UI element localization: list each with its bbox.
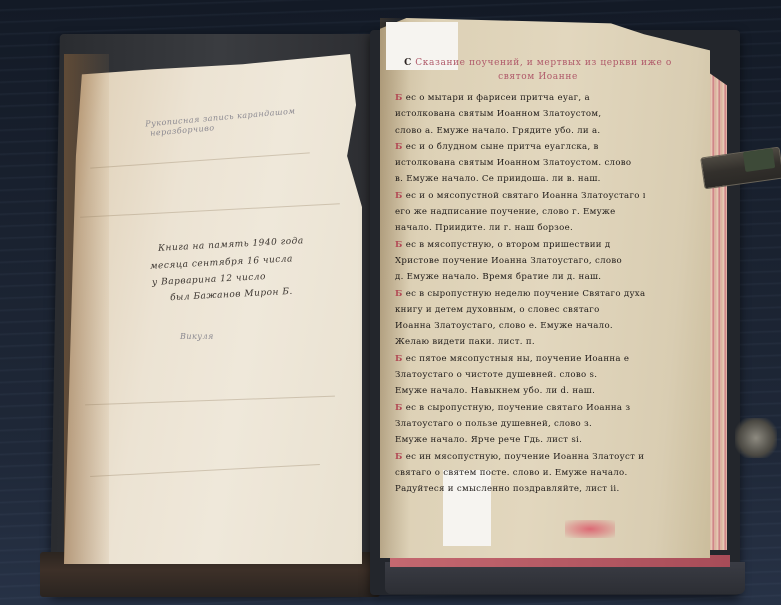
text-line: Златоустаго о чистоте душевней. слово s. <box>395 367 645 383</box>
text-line: Емуже начало. Навыкнем убо. ли d. наш. <box>395 383 645 399</box>
text-line: Б ес в сыропустную, поучение святаго Иоа… <box>395 400 645 416</box>
text-line: начало. Приидите. ли г. наш борзое. <box>395 220 645 236</box>
heading-text: Сказание поучений, и мертвых из церкви и… <box>415 58 672 82</box>
page-body-text: Б ес о мытари и фарисеи притча еуаг, а и… <box>395 90 645 497</box>
text-line: Б ес ин мясопустную, поучение Иоанна Зла… <box>395 449 645 465</box>
text-line: Радуйтеся и смысленно поздравляйте, лист… <box>395 481 645 497</box>
text-line: слово а. Емуже начало. Грядите убо. ли а… <box>395 123 645 139</box>
page-heading: С Сказание поучений, и мертвых из церкви… <box>398 56 678 84</box>
text-line: Б ес в сыропустную неделю поучение Свята… <box>395 286 645 302</box>
text-line: Емуже начало. Ярче рече Гдь. лист si. <box>395 432 645 448</box>
handwriting-bottom: Викуля <box>180 332 214 341</box>
text-line: книгу и детем духовным, о словес святаго <box>395 302 645 318</box>
red-wax-stain <box>565 520 615 538</box>
text-line: Иоанна Златоустаго, слово е. Емуже начал… <box>395 318 645 334</box>
metal-clasp-bottom <box>735 418 777 458</box>
text-line: д. Емуже начало. Время братие ли д. наш. <box>395 269 645 285</box>
text-line: истолкована святым Иоанном Златоустом, <box>395 106 645 122</box>
clasp-tip <box>743 148 775 172</box>
text-line: Б ес и о блудном сыне притча еуаглска, в <box>395 139 645 155</box>
text-line: Б ес о мытари и фарисеи притча еуаг, а <box>395 90 645 106</box>
text-line: Б ес в мясопустную, о втором пришествии … <box>395 237 645 253</box>
heading-initial: С <box>404 58 412 68</box>
text-line: святаго о святем посте. слово и. Емуже н… <box>395 465 645 481</box>
text-line: истолкована святым Иоанном Златоустом. с… <box>395 155 645 171</box>
text-line: в. Емуже начало. Се приидоша. ли в. наш. <box>395 171 645 187</box>
text-line: Желаю видети паки. лист. п. <box>395 334 645 350</box>
text-line: его же надписание поучение, слово г. Ему… <box>395 204 645 220</box>
text-line: Христове поучение Иоанна Златоустаго, сл… <box>395 253 645 269</box>
text-line: Б ес пятое мясопустныя ны, поучение Иоан… <box>395 351 645 367</box>
text-line: Б ес и о мясопустной святаго Иоанна Злат… <box>395 188 645 204</box>
text-line: Златоустаго о пользе душевней, слово з. <box>395 416 645 432</box>
flyleaf-stain <box>64 54 109 564</box>
